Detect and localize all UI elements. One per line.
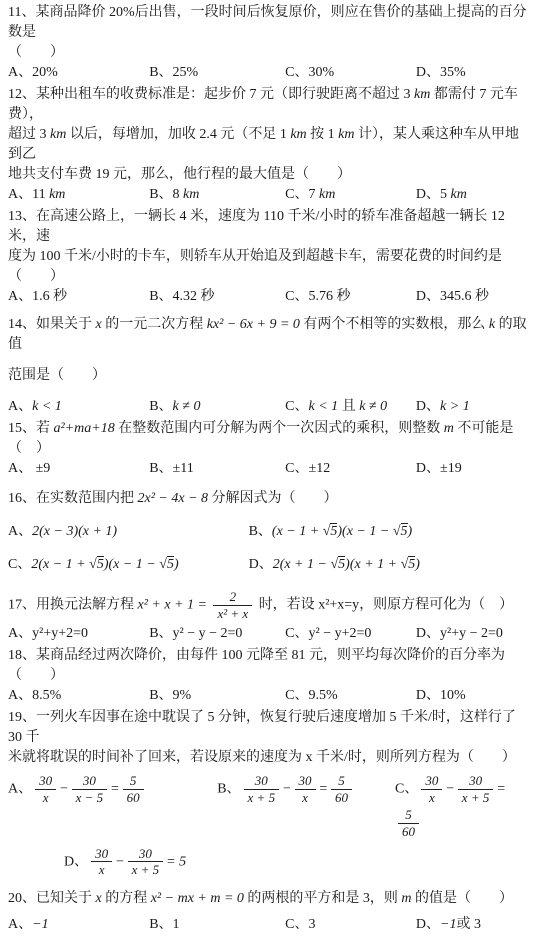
question-19: 19、一列火车因事在途中耽误了 5 分钟，恢复行驶后速度增加 5 千米/时，这样… — [8, 708, 531, 879]
math-expression: )(x − 1 − — [104, 557, 159, 572]
math-fraction: 30x — [421, 773, 442, 805]
test-paper-page: 11、某商品降价 20%后出售，一段时间后恢复原价，则应在售价的基础上提高的百分… — [0, 0, 539, 945]
question-line: 19、一列火车因事在途中耽误了 5 分钟，恢复行驶后速度增加 5 千米/时，这样… — [8, 708, 531, 748]
math-expression: km — [319, 187, 335, 202]
math-expression: ) — [415, 557, 420, 572]
question-text: 16、在实数范围内把 — [8, 491, 138, 506]
question-text: B、 — [217, 782, 240, 797]
option-A: A、20% — [8, 63, 149, 83]
math-expression: a²+ma+18 — [54, 421, 115, 436]
fraction-denominator: 60 — [398, 824, 419, 840]
question-12: 12、某种出租车的收费标准是：起步价 7 元（即行驶距离不超过 3 km 都需付… — [8, 85, 531, 205]
fraction-numerator: 5 — [123, 773, 144, 790]
question-text: 的两根的平方和是 3，则 — [244, 891, 402, 906]
question-line: 范围是（ ） — [8, 366, 531, 386]
math-fraction: 30x — [91, 846, 112, 878]
math-expression: = — [110, 782, 119, 797]
fraction-denominator: 60 — [331, 790, 352, 806]
fraction-denominator: x + 5 — [128, 862, 164, 878]
option-A: A、2(x − 3)(x + 1) — [8, 522, 249, 542]
question-text: B、4.32 秒 — [149, 289, 214, 304]
question-text: C、 — [285, 399, 308, 414]
question-text: A、1.6 秒 — [8, 289, 67, 304]
option-B: B、25% — [149, 63, 285, 83]
option-A: A、k < 1 — [8, 397, 149, 417]
math-expression: km — [49, 187, 65, 202]
option-D: D、2(x + 1 − √5)(x + 1 + √5) — [249, 555, 531, 575]
question-text: 13、在高速公路上，一辆长 4 米，速度为 110 千米/小时的轿车准备超越一辆… — [8, 209, 505, 244]
options-row: D、30x−30x + 5= 5 — [64, 845, 531, 879]
fraction-numerator: 30 — [295, 773, 316, 790]
math-expression: = — [496, 782, 505, 797]
option-A: A、1.6 秒 — [8, 287, 149, 307]
fraction-numerator: 30 — [244, 773, 280, 790]
question-text: 有两个不相等的实数根，那么 — [300, 317, 489, 332]
option-A: A、30x−30x − 5=560 — [8, 772, 217, 806]
question-text: D、 — [249, 557, 273, 572]
math-expression: = 5 — [166, 854, 186, 869]
question-text: 地共支付车费 19 元，那么，他行程的最大值是（ ） — [8, 167, 351, 182]
fraction-denominator: x + 5 — [458, 790, 494, 806]
question-text: A、11 — [8, 187, 49, 202]
math-expression: 2x² − 4x − 8 — [138, 491, 209, 506]
question-text: D、 — [416, 917, 440, 932]
math-expression: x² + x + 1 = — [138, 597, 211, 612]
option-D: D、−1或 3 — [416, 915, 531, 935]
question-text: C、 — [8, 557, 31, 572]
question-text: B、 — [249, 524, 272, 539]
question-text: D、345.6 秒 — [416, 289, 489, 304]
option-A: A、 ±9 — [8, 459, 149, 479]
question-line: 13、在高速公路上，一辆长 4 米，速度为 110 千米/小时的轿车准备超越一辆… — [8, 207, 531, 247]
option-C: C、±12 — [285, 459, 416, 479]
question-text: C、3 — [285, 917, 315, 932]
square-root: √5 — [89, 556, 104, 572]
question-15: 15、若 a²+ma+18 在整数范围内可分解为两个一次因式的乘积，则整数 m … — [8, 419, 531, 479]
question-text: 14、如果关于 — [8, 317, 96, 332]
option-B: B、8 km — [149, 185, 285, 205]
radicand: 5 — [167, 556, 174, 572]
option-D: D、35% — [416, 63, 531, 83]
math-expression: k > 1 — [440, 399, 470, 414]
question-text: （ ） — [8, 45, 64, 60]
math-expression: −1 — [32, 917, 48, 932]
question-text: 以后，每增加，加收 2.4 元（不足 1 — [66, 127, 290, 142]
question-text: 18、某商品经过两次降价，由每件 100 元降至 81 元，则平均每次降价的百分… — [8, 648, 505, 683]
question-text: 分解因式为（ ） — [208, 491, 338, 506]
fraction-denominator: 60 — [123, 790, 144, 806]
math-expression: y²+y − 2=0 — [440, 626, 503, 641]
option-A: A、y²+y+2=0 — [8, 624, 149, 644]
square-root: √5 — [401, 556, 416, 572]
question-text: 19、一列火车因事在途中耽误了 5 分钟，恢复行驶后速度增加 5 千米/时，这样… — [8, 710, 516, 745]
question-line: （ ） — [8, 43, 531, 63]
math-expression: − — [445, 782, 454, 797]
options-row: A、−1B、1C、3D、−1或 3 — [8, 915, 531, 935]
radical-sign-icon: √ — [89, 557, 97, 572]
question-line: 16、在实数范围内把 2x² − 4x − 8 分解因式为（ ） — [8, 489, 531, 509]
option-D: D、5 km — [416, 185, 531, 205]
question-text: C、30% — [285, 65, 334, 80]
fraction-denominator: x — [91, 862, 112, 878]
question-text: 时，若设 — [255, 597, 318, 612]
question-text: A、 — [8, 626, 32, 641]
option-C: C、3 — [285, 915, 416, 935]
math-expression: − — [282, 782, 291, 797]
radicand: 5 — [97, 556, 104, 572]
question-text: D、 — [416, 626, 440, 641]
question-line: 12、某种出租车的收费标准是：起步价 7 元（即行驶距离不超过 3 km 都需付… — [8, 85, 531, 125]
fraction-numerator: 2 — [213, 589, 252, 606]
option-C: C、5.76 秒 — [285, 287, 416, 307]
fraction-denominator: x — [421, 790, 442, 806]
fraction-denominator: x + 5 — [244, 790, 280, 806]
question-text: A、 — [8, 917, 32, 932]
math-expression: − — [115, 854, 124, 869]
math-expression: 2(x + 1 − — [273, 557, 331, 572]
question-text: D、 — [416, 399, 440, 414]
fraction-numerator: 30 — [35, 773, 56, 790]
question-text: 范围是（ ） — [8, 368, 106, 383]
option-C: C、2(x − 1 + √5)(x − 1 − √5) — [8, 555, 249, 575]
question-text: 11、某商品降价 20%后出售，一段时间后恢复原价，则应在售价的基础上提高的百分… — [8, 5, 527, 40]
math-expression: ) — [174, 557, 179, 572]
math-expression: kx² − 6x + 9 = 0 — [207, 317, 300, 332]
question-text: 15、若 — [8, 421, 54, 436]
option-B: B、1 — [149, 915, 285, 935]
question-line: 地共支付车费 19 元，那么，他行程的最大值是（ ） — [8, 165, 531, 185]
math-fraction: 30x − 5 — [72, 773, 108, 805]
question-text: 的一元二次方程 — [102, 317, 207, 332]
option-B: B、(x − 1 + √5)(x − 1 − √5) — [249, 522, 531, 542]
math-fraction: 560 — [331, 773, 352, 805]
option-D: D、10% — [416, 686, 531, 706]
question-text: C、7 — [285, 187, 319, 202]
math-expression: y²+y+2=0 — [32, 626, 88, 641]
math-fraction: 30x + 5 — [244, 773, 280, 805]
question-text: 20、已知关于 — [8, 891, 96, 906]
math-fraction: 30x — [35, 773, 56, 805]
math-expression: km — [290, 127, 306, 142]
math-fraction: 30x + 5 — [458, 773, 494, 805]
question-11: 11、某商品降价 20%后出售，一段时间后恢复原价，则应在售价的基础上提高的百分… — [8, 3, 531, 83]
question-17: 17、用换元法解方程 x² + x + 1 = 2x² + x 时，若设 x²+… — [8, 588, 531, 644]
question-text: B、1 — [149, 917, 179, 932]
question-text: 的方程 — [102, 891, 151, 906]
question-text: D、10% — [416, 688, 466, 703]
fraction-numerator: 5 — [331, 773, 352, 790]
option-B: B、9% — [149, 686, 285, 706]
math-expression: x² − mx + m = 0 — [151, 891, 244, 906]
math-expression: 2(x − 1 + — [31, 557, 89, 572]
math-expression: k < 1 — [309, 399, 339, 414]
math-expression: −1 — [440, 917, 456, 932]
options-row: C、2(x − 1 + √5)(x − 1 − √5)D、2(x + 1 − √… — [8, 555, 531, 575]
question-text: 米就将耽误的时间补了回来，若设原来的速度为 x 千米/时，则所列方程为（ ） — [8, 750, 516, 765]
question-line: 18、某商品经过两次降价，由每件 100 元降至 81 元，则平均每次降价的百分… — [8, 646, 531, 686]
math-expression: km — [183, 187, 199, 202]
math-expression: k ≠ 0 — [359, 399, 387, 414]
question-text: ，则原方程可化为（ ） — [359, 597, 513, 612]
math-expression: − — [59, 782, 68, 797]
options-row: A、 ±9B、±11C、±12D、±19 — [8, 459, 531, 479]
option-B: B、4.32 秒 — [149, 287, 285, 307]
fraction-numerator: 5 — [398, 807, 419, 824]
question-line: 度为 100 千米/小时的卡车，则轿车从开始追及到超越卡车，需要花费的时间约是（… — [8, 247, 531, 287]
question-text: 17、用换元法解方程 — [8, 597, 138, 612]
math-fraction: 560 — [398, 807, 419, 839]
math-expression: )(x + 1 + — [345, 557, 400, 572]
math-expression: 2(x − 3)(x + 1) — [32, 524, 117, 539]
question-text: A、 ±9 — [8, 461, 50, 476]
option-B: B、30x + 5−30x=560 — [217, 772, 395, 806]
question-line: 15、若 a²+ma+18 在整数范围内可分解为两个一次因式的乘积，则整数 m … — [8, 419, 531, 459]
option-B: B、±11 — [149, 459, 285, 479]
question-text: A、8.5% — [8, 688, 61, 703]
square-root: √5 — [323, 523, 338, 539]
math-expression: (x − 1 + — [272, 524, 323, 539]
math-expression: km — [451, 187, 467, 202]
option-C: C、30% — [285, 63, 416, 83]
question-text: D、5 — [416, 187, 451, 202]
options-row: A、20%B、25%C、30%D、35% — [8, 63, 531, 83]
fraction-denominator: x — [295, 790, 316, 806]
option-D: D、k > 1 — [416, 397, 531, 417]
math-expression: = — [319, 782, 328, 797]
option-D: D、y²+y − 2=0 — [416, 624, 531, 644]
math-fraction: 560 — [123, 773, 144, 805]
math-expression: x²+x=y — [318, 597, 359, 612]
math-fraction: 30x — [295, 773, 316, 805]
question-text: B、9% — [149, 688, 191, 703]
question-text: 且 — [338, 399, 359, 414]
radicand: 5 — [401, 523, 408, 539]
radical-sign-icon: √ — [393, 524, 401, 539]
option-A: A、11 km — [8, 185, 149, 205]
question-text: D、 — [64, 854, 88, 869]
question-20: 20、已知关于 x 的方程 x² − mx + m = 0 的两根的平方和是 3… — [8, 889, 531, 935]
question-text: C、 — [285, 626, 308, 641]
question-text: A、 — [8, 399, 32, 414]
fraction-denominator: x — [35, 790, 56, 806]
question-text: 超过 3 — [8, 127, 50, 142]
math-fraction: 2x² + x — [213, 589, 252, 621]
question-line: 超过 3 km 以后，每增加，加收 2.4 元（不足 1 km 按 1 km 计… — [8, 125, 531, 165]
question-text: A、20% — [8, 65, 58, 80]
question-14: 14、如果关于 x 的一元二次方程 kx² − 6x + 9 = 0 有两个不相… — [8, 315, 531, 417]
question-text: 度为 100 千米/小时的卡车，则轿车从开始追及到超越卡车，需要花费的时间约是（… — [8, 249, 502, 284]
question-text: 在整数范围内可分解为两个一次因式的乘积，则整数 — [115, 421, 444, 436]
radical-sign-icon: √ — [159, 557, 167, 572]
question-text: 按 1 — [307, 127, 339, 142]
question-line: 20、已知关于 x 的方程 x² − mx + m = 0 的两根的平方和是 3… — [8, 889, 531, 909]
question-text: B、±11 — [149, 461, 194, 476]
question-16: 16、在实数范围内把 2x² − 4x − 8 分解因式为（ ）A、2(x − … — [8, 489, 531, 575]
options-row: A、1.6 秒B、4.32 秒C、5.76 秒D、345.6 秒 — [8, 287, 531, 307]
option-A: A、8.5% — [8, 686, 149, 706]
math-fraction: 30x + 5 — [128, 846, 164, 878]
question-text: 12、某种出租车的收费标准是：起步价 7 元（即行驶距离不超过 3 — [8, 87, 414, 102]
option-D: D、30x−30x + 5= 5 — [64, 845, 186, 879]
fraction-numerator: 30 — [128, 846, 164, 863]
math-expression: y² − y − 2=0 — [173, 626, 243, 641]
question-13: 13、在高速公路上，一辆长 4 米，速度为 110 千米/小时的轿车准备超越一辆… — [8, 207, 531, 307]
question-line: 14、如果关于 x 的一元二次方程 kx² − 6x + 9 = 0 有两个不相… — [8, 315, 531, 355]
question-text: B、 — [149, 399, 172, 414]
options-row: A、k < 1B、k ≠ 0C、k < 1 且 k ≠ 0D、k > 1 — [8, 397, 531, 417]
square-root: √5 — [159, 556, 174, 572]
option-C: C、y² − y+2=0 — [285, 624, 416, 644]
fraction-numerator: 30 — [421, 773, 442, 790]
fraction-denominator: x − 5 — [72, 790, 108, 806]
math-expression: m — [401, 891, 411, 906]
math-expression: k ≠ 0 — [173, 399, 201, 414]
options-row: A、8.5%B、9%C、9.5%D、10% — [8, 686, 531, 706]
question-list: 11、某商品降价 20%后出售，一段时间后恢复原价，则应在售价的基础上提高的百分… — [8, 3, 531, 935]
question-text: C、9.5% — [285, 688, 338, 703]
question-text: 或 3 — [457, 917, 482, 932]
math-expression: km — [338, 127, 354, 142]
option-C: C、30x−30x + 5=560 — [395, 772, 531, 840]
fraction-numerator: 30 — [72, 773, 108, 790]
question-text: D、±19 — [416, 461, 462, 476]
question-text: C、 — [395, 782, 418, 797]
fraction-numerator: 30 — [91, 846, 112, 863]
question-text: D、35% — [416, 65, 466, 80]
option-C: C、7 km — [285, 185, 416, 205]
question-text: 的值是（ ） — [412, 891, 514, 906]
option-C: C、k < 1 且 k ≠ 0 — [285, 397, 416, 417]
question-text: A、 — [8, 782, 32, 797]
options-row: A、2(x − 3)(x + 1)B、(x − 1 + √5)(x − 1 − … — [8, 522, 531, 542]
option-B: B、y² − y − 2=0 — [149, 624, 285, 644]
math-expression: ) — [408, 524, 413, 539]
question-text: A、 — [8, 524, 32, 539]
square-root: √5 — [393, 523, 408, 539]
question-line: 米就将耽误的时间补了回来，若设原来的速度为 x 千米/时，则所列方程为（ ） — [8, 748, 531, 768]
question-text: B、25% — [149, 65, 198, 80]
question-18: 18、某商品经过两次降价，由每件 100 元降至 81 元，则平均每次降价的百分… — [8, 646, 531, 706]
question-line: 17、用换元法解方程 x² + x + 1 = 2x² + x 时，若设 x²+… — [8, 588, 531, 622]
math-expression: )(x − 1 − — [337, 524, 392, 539]
math-expression: km — [414, 87, 430, 102]
options-row: A、30x−30x − 5=560B、30x + 5−30x=560C、30x−… — [8, 772, 531, 840]
option-D: D、345.6 秒 — [416, 287, 531, 307]
fraction-denominator: x² + x — [213, 606, 252, 622]
math-expression: y² − y+2=0 — [309, 626, 372, 641]
question-text: B、8 — [149, 187, 183, 202]
option-D: D、±19 — [416, 459, 531, 479]
options-row: A、y²+y+2=0B、y² − y − 2=0C、y² − y+2=0D、y²… — [8, 624, 531, 644]
question-text: C、5.76 秒 — [285, 289, 350, 304]
question-text: B、 — [149, 626, 172, 641]
option-C: C、9.5% — [285, 686, 416, 706]
math-expression: k < 1 — [32, 399, 62, 414]
question-text: C、±12 — [285, 461, 330, 476]
options-row: A、11 kmB、8 kmC、7 kmD、5 km — [8, 185, 531, 205]
math-expression: m — [444, 421, 454, 436]
fraction-numerator: 30 — [458, 773, 494, 790]
question-line: 11、某商品降价 20%后出售，一段时间后恢复原价，则应在售价的基础上提高的百分… — [8, 3, 531, 43]
square-root: √5 — [330, 556, 345, 572]
math-expression: km — [50, 127, 66, 142]
option-B: B、k ≠ 0 — [149, 397, 285, 417]
option-A: A、−1 — [8, 915, 149, 935]
